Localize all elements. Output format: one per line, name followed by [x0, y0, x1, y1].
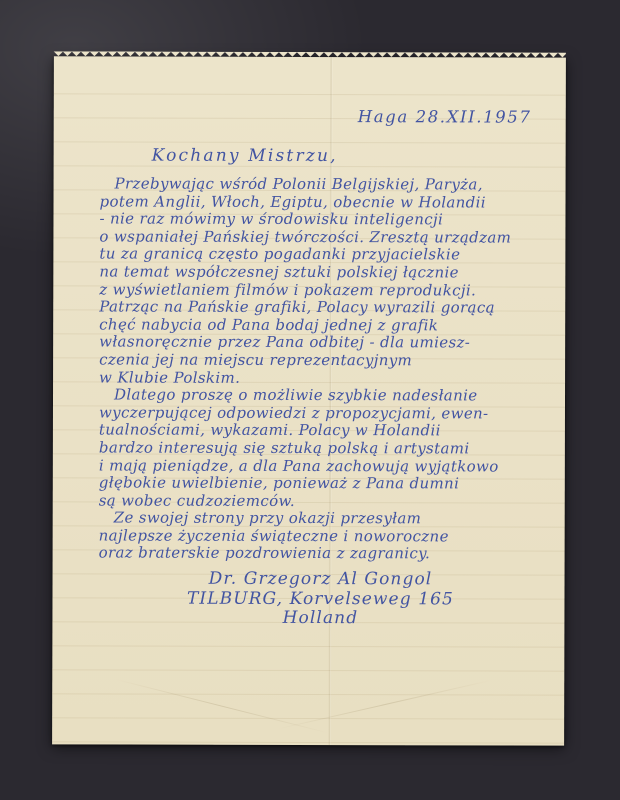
body-line: Przebywając wśród Polonii Belgijskiej, P…: [100, 175, 544, 194]
letter-paper: Haga 28.XII.1957 Kochany Mistrzu, Przeby…: [52, 56, 566, 745]
signature-line: Holland: [98, 609, 542, 630]
body-line: Dlatego proszę o możliwie szybkie nadesł…: [99, 387, 543, 406]
photo-background: Haga 28.XII.1957 Kochany Mistrzu, Przeby…: [0, 0, 620, 800]
body-line: oraz braterskie pozdrowienia z zagranicy…: [99, 545, 543, 564]
signature-line: Dr. Grzegorz Al Gongol: [99, 570, 543, 591]
body-line: bardzo interesują się sztuką polską i ar…: [99, 439, 543, 458]
body-line: na temat współczesnej sztuki polskiej łą…: [99, 263, 543, 282]
body-line: - nie raz mówimy w środowisku inteligenc…: [99, 211, 543, 230]
letter-body: Przebywając wśród Polonii Belgijskiej, P…: [99, 175, 544, 563]
dateline: Haga 28.XII.1957: [358, 107, 544, 126]
salutation: Kochany Mistrzu,: [152, 146, 544, 167]
signature-line: TILBURG, Korvelseweg 165: [98, 589, 542, 610]
signature-block: Dr. Grzegorz Al GongolTILBURG, Korvelsew…: [98, 570, 542, 630]
body-line: Patrząc na Pańskie grafiki, Polacy wyraz…: [99, 299, 543, 318]
letter-content: Haga 28.XII.1957 Kochany Mistrzu, Przeby…: [52, 56, 566, 745]
body-line: głębokie uwielbienie, ponieważ z Pana du…: [99, 475, 543, 494]
body-line: czenia jej na miejscu reprezentacyjnym: [99, 351, 543, 370]
